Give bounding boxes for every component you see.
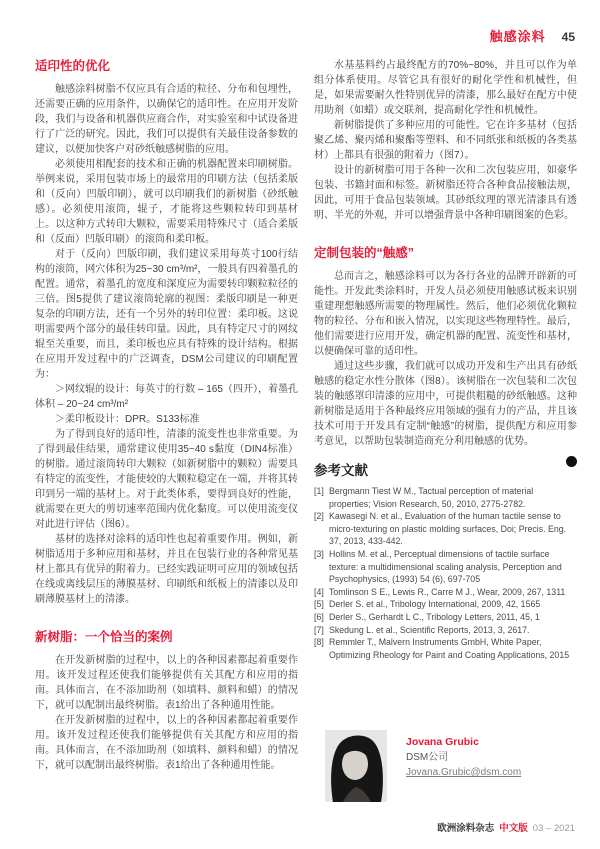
magazine-name: 欧洲涂料杂志: [437, 820, 494, 834]
author-company: DSM公司: [406, 750, 521, 765]
reference-marker: [1]: [314, 485, 324, 498]
reference-marker: [4]: [314, 586, 324, 599]
reference-text: Derler S., Gerhardt L C., Tribology Lett…: [329, 612, 540, 622]
column-right: 水基基料约占最终配方的70%~80%，并且可以作为单组分体系使用。尽管它具有很好…: [314, 58, 577, 661]
reference-item: [7] Skedung L. et al., Scientific Report…: [314, 624, 577, 637]
page-header: 触感涂料 45: [490, 26, 575, 45]
paragraph: 为了得到良好的适印性，清漆的流变性也非常重要。为了得到最佳结果，通常建议使用35…: [35, 427, 298, 532]
paragraph: 新树脂提供了多种应用的可能性。它在许多基材（包括聚乙烯、聚丙烯和聚酯等塑料、和不…: [314, 118, 577, 163]
paragraph: 对于（反向）凹版印刷，我们建议采用每英寸100行结构的滚筒，网穴体积为25~30…: [35, 247, 298, 382]
author-email-link[interactable]: Jovana.Grubic@dsm.com: [406, 765, 521, 780]
reference-marker: [5]: [314, 598, 324, 611]
reference-marker: [7]: [314, 624, 324, 637]
paragraph: 必须使用相配套的技术和正确的机器配置来印刷树脂。举例来说，采用包装市场上的最常用…: [35, 157, 298, 247]
reference-text: Hollins M. et al., Perceptual dimensions…: [329, 549, 562, 584]
reference-marker: [2]: [314, 510, 324, 523]
reference-text: Kawasegi N. et al., Evaluation of the hu…: [329, 511, 566, 546]
paragraph-text: 通过这些步骤，我们就可以成功开发和生产出具有砂纸触感的稳定水性分散体（图8）。该…: [314, 361, 577, 447]
reference-marker: [3]: [314, 548, 324, 561]
reference-marker: [6]: [314, 611, 324, 624]
bullet-item: ＞网纹辊的设计：每英寸的行数 – 165（四开），着墨孔体积 – 20~24 c…: [35, 382, 298, 412]
author-meta: Jovana Grubic DSM公司 Jovana.Grubic@dsm.co…: [406, 730, 521, 780]
reference-item: [4] Tomlinson S E., Lewis R., Carre M J.…: [314, 586, 577, 599]
page-number: 45: [562, 30, 575, 44]
column-left: 适印性的优化 触感涂料树脂不仅应具有合适的粒径、分布和包埋性，还需要正确的应用条…: [35, 58, 298, 773]
section-heading-custom-haptics: 定制包装的“触感”: [314, 245, 577, 262]
paragraph: 在开发新树脂的过程中，以上的各种因素都起着重要作用。该开发过程还使我们能够提供有…: [35, 713, 298, 773]
reference-text: Skedung L. et al., Scientific Reports, 2…: [329, 625, 530, 635]
page-footer: 欧洲涂料杂志 中文版 03 – 2021: [437, 820, 575, 834]
bullet-item: ＞柔印板设计：DPR。S133标准: [35, 412, 298, 427]
reference-item: [8] Remmler T., Malvern Instruments GmbH…: [314, 636, 577, 661]
reference-text: Remmler T., Malvern Instruments GmbH, Wh…: [329, 637, 569, 660]
section-heading-new-resin: 新树脂：一个恰当的案例: [35, 629, 298, 646]
paragraph: 设计的新树脂可用于各种一次和二次包装应用，如豪华包装、书籍封面和标签。新树脂还符…: [314, 163, 577, 223]
reference-item: [6] Derler S., Gerhardt L C., Tribology …: [314, 611, 577, 624]
paragraph: 基材的选择对涂料的适印性也起着重要作用。例如，新树脂适用于多种应用和基材，并且在…: [35, 532, 298, 607]
references-heading: 参考文献: [314, 459, 577, 479]
reference-item: [5] Derler S. et al., Tribology Internat…: [314, 598, 577, 611]
paragraph: 在开发新树脂的过程中，以上的各种因素都起着重要作用。该开发过程还使我们能够提供有…: [35, 653, 298, 713]
reference-text: Tomlinson S E., Lewis R., Carre M J., We…: [329, 587, 565, 597]
paragraph: 总而言之，触感涂料可以为各行各业的品牌开辟新的可能性。开发此类涂料时，开发人员必…: [314, 269, 577, 359]
issue-label: 03 – 2021: [533, 823, 575, 834]
author-card: Jovana Grubic DSM公司 Jovana.Grubic@dsm.co…: [325, 730, 521, 802]
reference-item: [3] Hollins M. et al., Perceptual dimens…: [314, 548, 577, 586]
paragraph: 水基基料约占最终配方的70%~80%，并且可以作为单组分体系使用。尽管它具有很好…: [314, 58, 577, 118]
section-heading-printability: 适印性的优化: [35, 58, 298, 75]
reference-text: Bergmann Tiest W M., Tactual perception …: [329, 486, 533, 509]
references-list: [1] Bergmann Tiest W M., Tactual percept…: [314, 485, 577, 661]
running-head-topic: 触感涂料: [490, 26, 546, 45]
author-name: Jovana Grubic: [406, 735, 521, 750]
reference-item: [2] Kawasegi N. et al., Evaluation of th…: [314, 510, 577, 548]
paragraph: 触感涂料树脂不仅应具有合适的粒径、分布和包埋性，还需要正确的应用条件，以确保它的…: [35, 82, 298, 157]
reference-text: Derler S. et al., Tribology Internationa…: [329, 599, 540, 609]
paragraph: 通过这些步骤，我们就可以成功开发和生产出具有砂纸触感的稳定水性分散体（图8）。该…: [314, 359, 577, 449]
edition-label: 中文版: [499, 820, 528, 834]
end-of-article-icon: ◀: [566, 456, 577, 467]
author-photo: [325, 730, 387, 802]
reference-item: [1] Bergmann Tiest W M., Tactual percept…: [314, 485, 577, 510]
reference-marker: [8]: [314, 636, 324, 649]
